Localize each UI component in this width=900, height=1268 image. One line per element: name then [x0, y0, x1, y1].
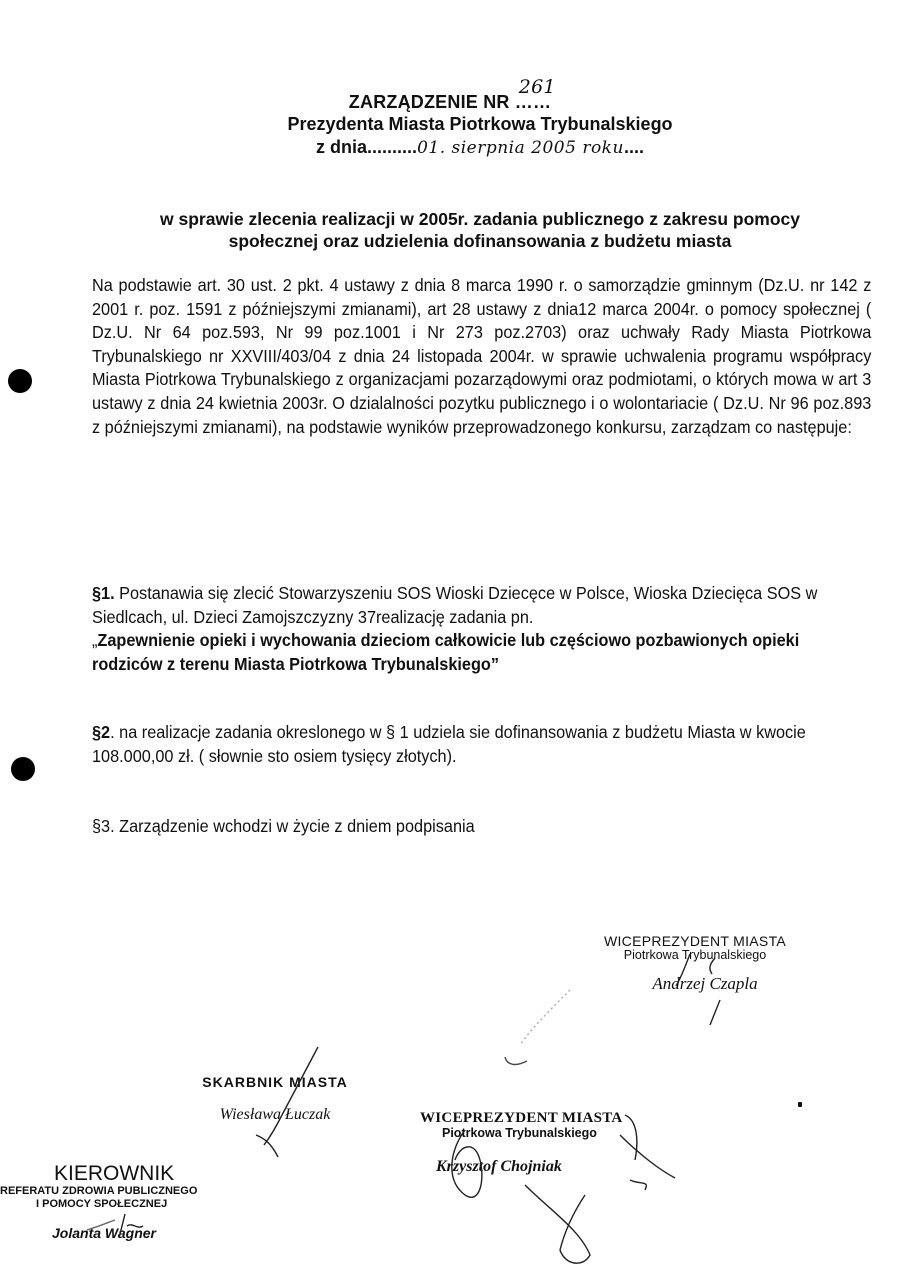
date-dots-left: ..........	[367, 137, 417, 157]
document-title: ZARZĄDZENIE NR …… 261	[0, 92, 900, 113]
handwritten-date: 01. sierpnia 2005 roku	[417, 138, 624, 158]
section-3-text: Zarządzenie wchodzi w życie z dniem podp…	[115, 816, 475, 836]
ink-dot	[798, 1102, 802, 1107]
punch-hole-bottom	[11, 757, 35, 781]
subject-line-2: społecznej oraz udzielenia dofinansowani…	[0, 230, 900, 252]
stamp-title: WICEPREZYDENT MIASTA	[570, 933, 820, 949]
section-2-text: . na realizacje zadania okreslonego w § …	[92, 722, 806, 766]
section-1: §1. Postanawia się zlecić Stowarzyszeniu…	[92, 582, 871, 676]
issuer-line: Prezydenta Miasta Piotrkowa Trybunalskie…	[0, 114, 900, 135]
section-3: §3. Zarządzenie wchodzi w życie z dniem …	[92, 815, 871, 839]
subject-line-1: w sprawie zlecenia realizacji w 2005r. z…	[0, 208, 900, 230]
handwritten-signature-1	[660, 950, 740, 1030]
handwritten-signature-treasurer	[220, 1045, 330, 1165]
date-dots-right: ....	[624, 137, 644, 157]
title-text: ZARZĄDZENIE NR	[349, 92, 510, 112]
date-prefix: z dnia	[316, 137, 367, 157]
handwritten-signature-2	[425, 1100, 685, 1268]
legal-basis-paragraph: Na podstawie art. 30 ust. 2 pkt. 4 ustaw…	[92, 274, 871, 439]
stamp-line-3: I POMOCY SPOŁECZNEJ	[0, 1198, 200, 1211]
handwritten-number: 261	[519, 76, 556, 98]
punch-hole-top	[8, 369, 32, 393]
subject: w sprawie zlecenia realizacji w 2005r. z…	[0, 208, 900, 252]
section-2-label: §2	[92, 722, 110, 742]
section-1-label: §1.	[92, 583, 115, 603]
section-1-text: Postanawia się zlecić Stowarzyszeniu SOS…	[92, 583, 817, 627]
stamp-title: KIEROWNIK	[0, 1163, 200, 1185]
section-2: §2. na realizacje zadania okreslonego w …	[92, 721, 871, 768]
handwritten-signature-head	[85, 1212, 165, 1242]
pen-stroke	[495, 985, 585, 1075]
date-line: z dnia..........01. sierpnia 2005 roku..…	[0, 137, 900, 158]
document-number: …… 261	[515, 92, 551, 113]
section-3-label: §3.	[92, 816, 115, 836]
task-name: Zapewnienie opieki i wychowania dzieciom…	[92, 630, 799, 674]
stamp-line-2: REFERATU ZDROWIA PUBLICZNEGO	[0, 1185, 200, 1198]
legal-basis-text: Na podstawie art. 30 ust. 2 pkt. 4 ustaw…	[92, 274, 871, 439]
